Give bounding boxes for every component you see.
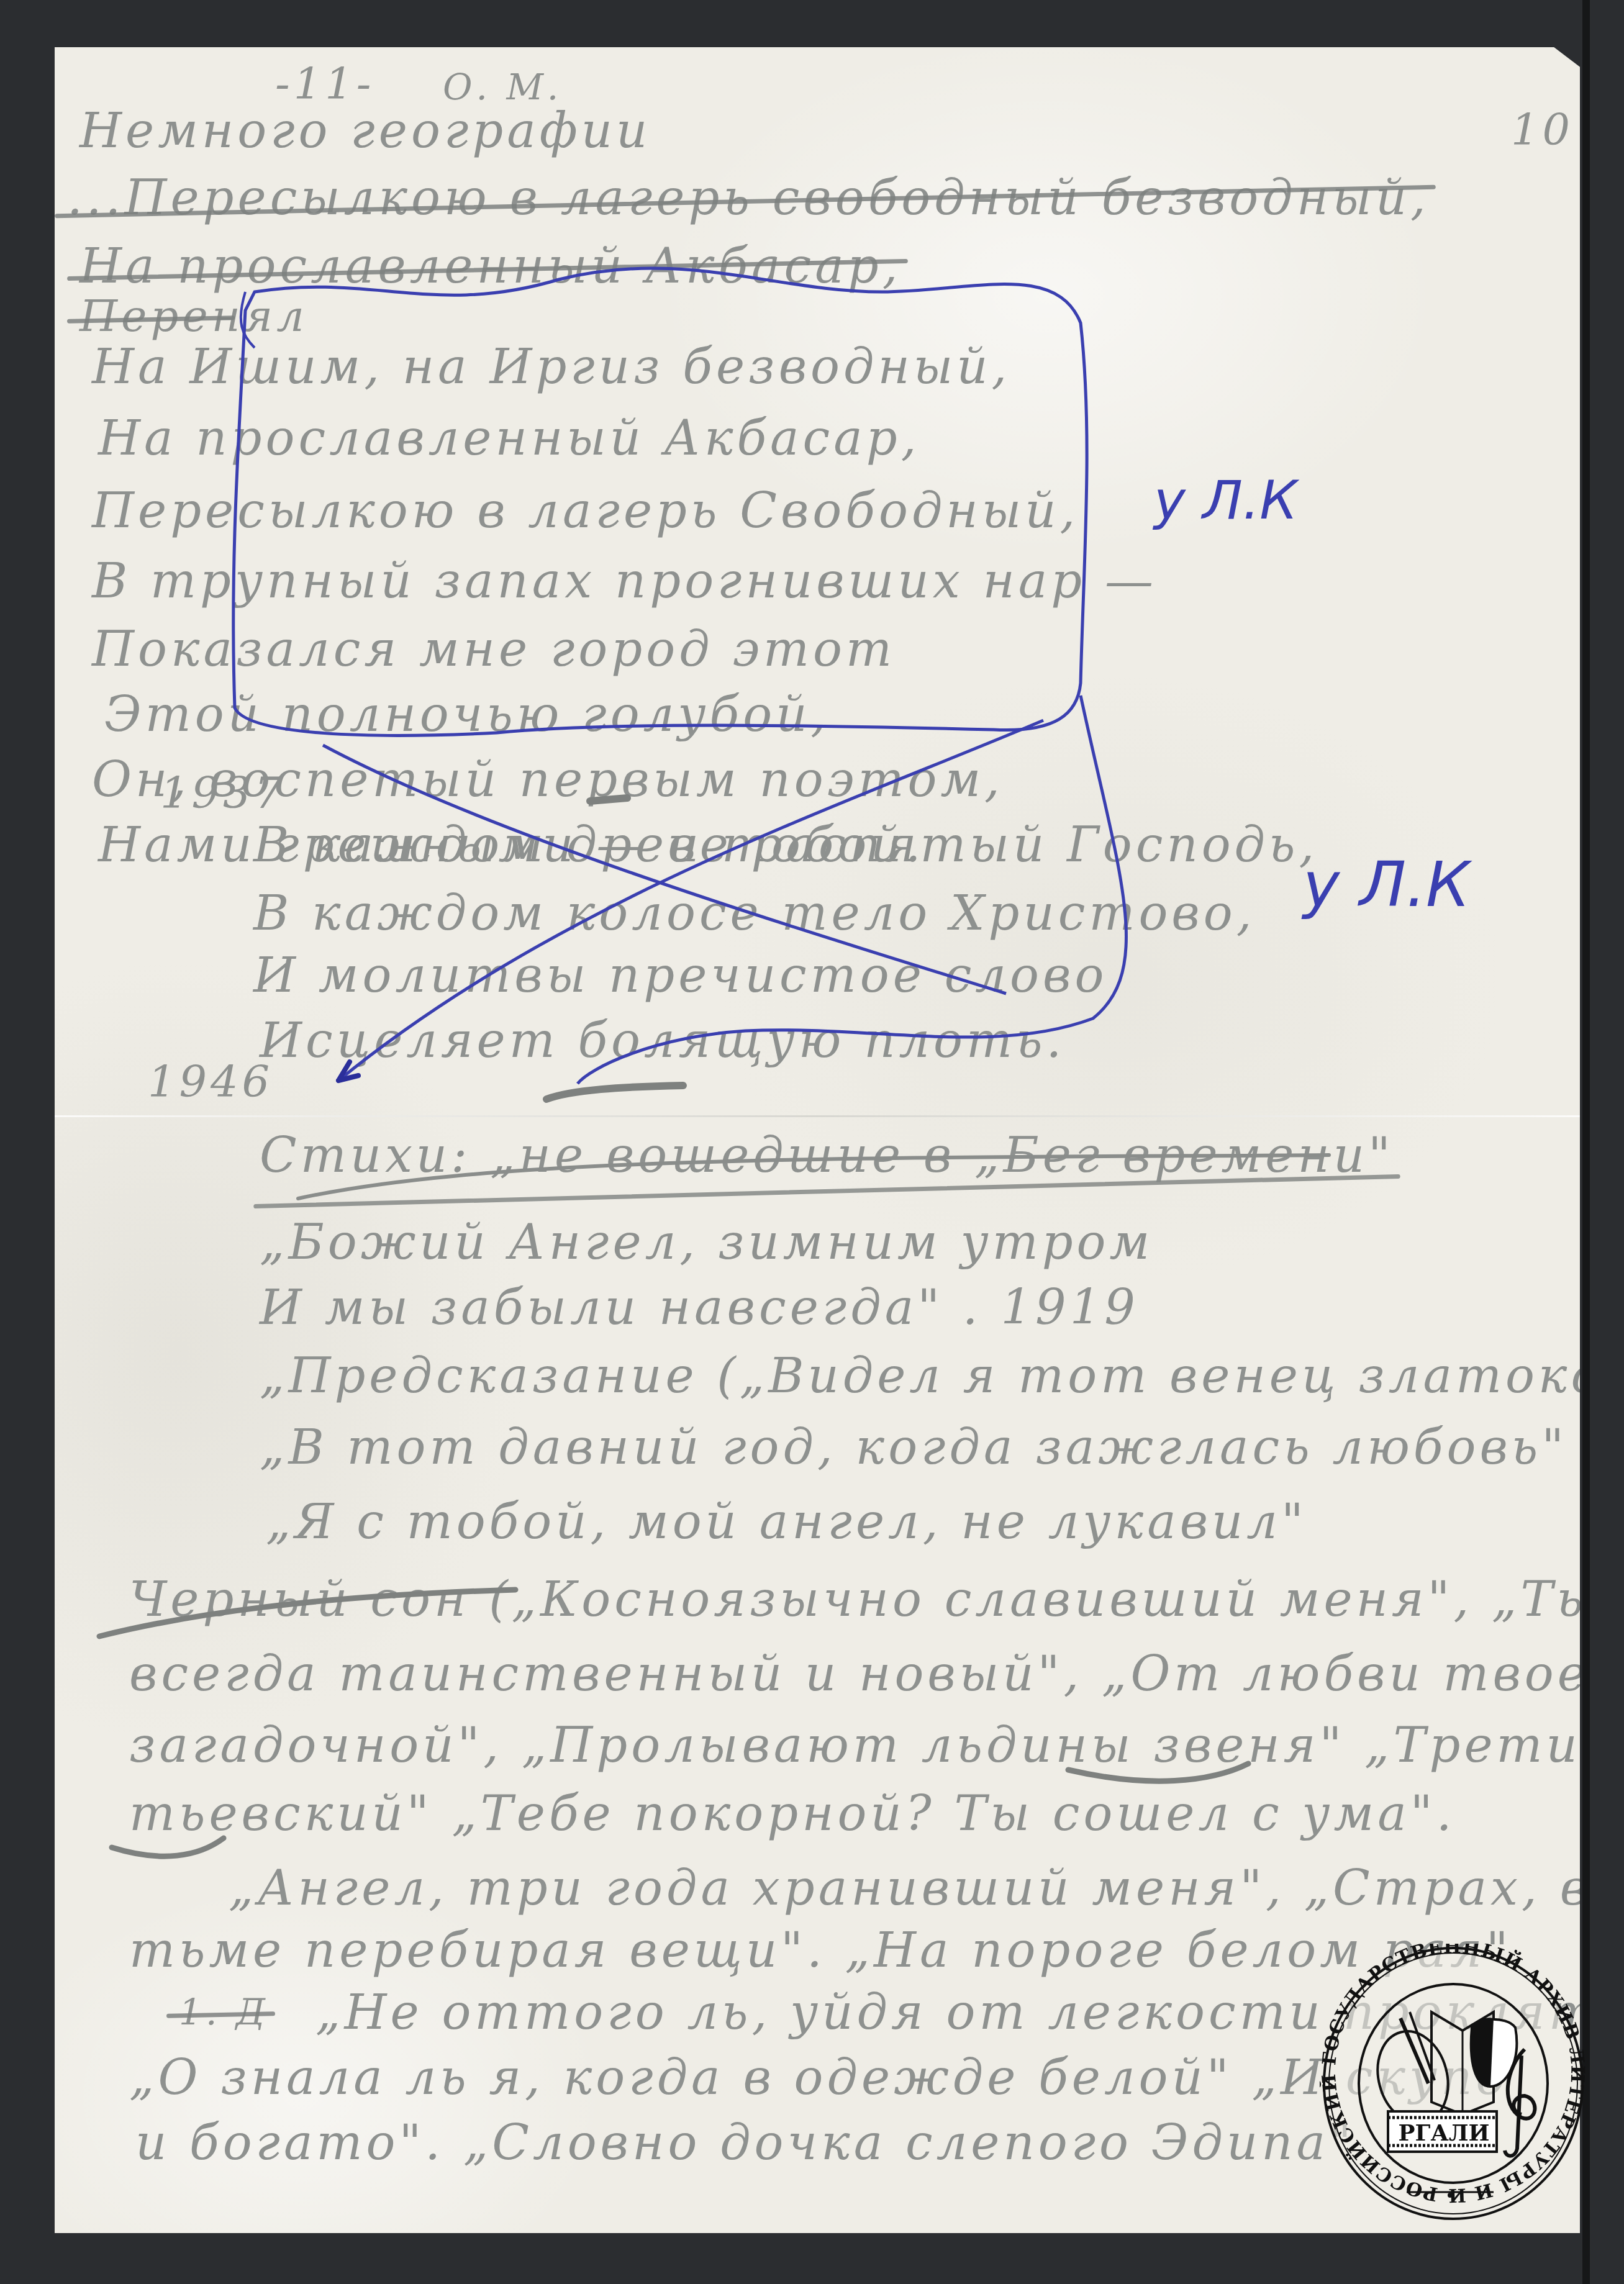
archive-stamp: РОССИЙСКИЙ ГОСУДАРСТВЕННЫЙ АРХИВ ЛИТЕРАТ… — [1320, 1944, 1587, 2223]
underline-tretiy — [1068, 1764, 1248, 1781]
blue-loop-line — [578, 696, 1126, 1084]
pencil-dash — [590, 798, 627, 801]
blue-cross-line-1 — [323, 745, 1006, 994]
stamp-center-label: РГАЛИ — [1398, 2120, 1489, 2146]
blue-cross-line-2 — [338, 720, 1043, 1081]
pencil-dash — [547, 1085, 683, 1099]
ink-annotations-overlay — [0, 0, 1624, 2284]
blue-box-outline — [234, 268, 1087, 735]
heading-underline — [298, 1155, 1329, 1199]
underline-cherny-son — [99, 1590, 515, 1636]
underline-tievsky — [112, 1838, 224, 1856]
